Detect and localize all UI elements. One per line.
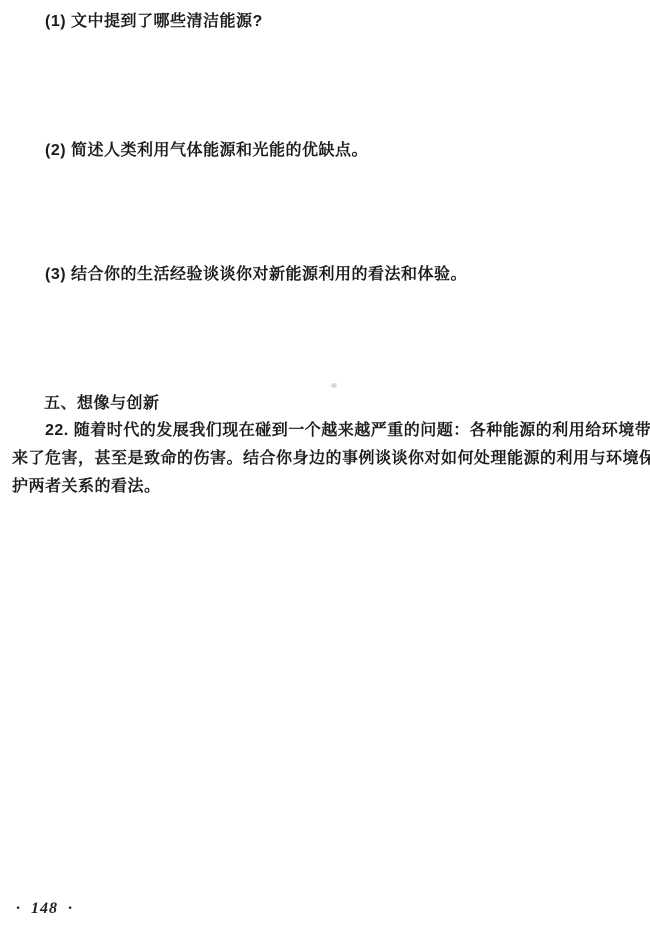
section-heading: 五、想像与创新 [44, 394, 160, 414]
exercise-22-line-2: 来了危害，甚至是致命的伤害。结合你身边的事例谈谈你对如何处理能源的利用与环境保 [12, 449, 650, 469]
document-page: (1) 文中提到了哪些清洁能源? (2) 简述人类利用气体能源和光能的优缺点。 … [0, 0, 650, 927]
page-number: · 148 · [16, 900, 73, 918]
question-2: (2) 简述人类利用气体能源和光能的优缺点。 [45, 141, 368, 161]
scan-speck [331, 383, 337, 388]
question-1: (1) 文中提到了哪些清洁能源? [45, 12, 263, 32]
exercise-22-line-1: 22. 随着时代的发展我们现在碰到一个越来越严重的问题：各种能源的利用给环境带 [45, 421, 650, 441]
exercise-22-line-3: 护两者关系的看法。 [12, 477, 161, 497]
question-3: (3) 结合你的生活经验谈谈你对新能源利用的看法和体验。 [45, 265, 467, 285]
